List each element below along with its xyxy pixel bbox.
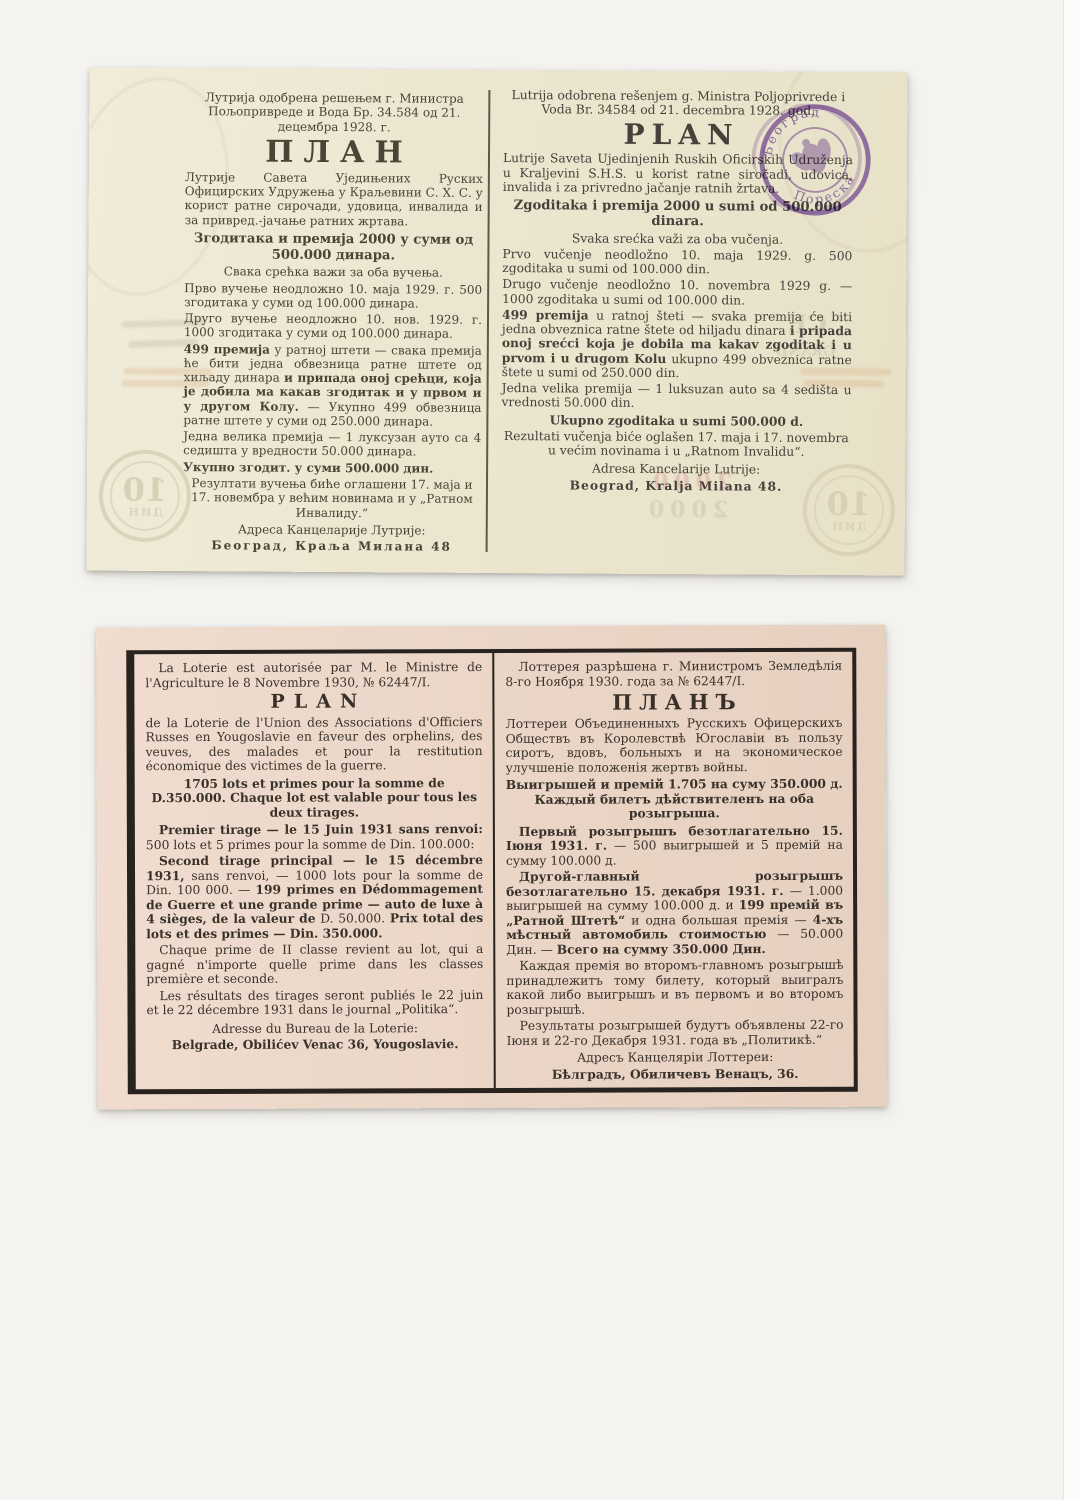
watermark-10-din: 10 ДИН [99, 450, 192, 543]
address-label: Адреса Канцеларије Лутрије: [183, 522, 481, 538]
second-draw-text: Second tirage principal — le 15 décembre… [146, 853, 483, 941]
russian-column: Лоттерея разрѣшена г. Министромъ Земледѣ… [492, 652, 854, 1088]
lottery-ticket-1928: CE GRAND 2000 2000 10 ДИН 10 ДИН Лутрија… [86, 68, 907, 576]
watermark-denomination-unit: ДИН [127, 505, 164, 518]
french-column: La Loterie est autorisée par M. le Minis… [134, 653, 494, 1089]
war-damage-premiums-text: 499 премија у ратној штети — свака преми… [183, 342, 482, 429]
text-segment: 499 premija [502, 307, 589, 323]
text-segment: 499 премија [184, 342, 270, 357]
approval-text: Лоттерея разрѣшена г. Министромъ Земледѣ… [505, 659, 842, 689]
validity-note: Свака срећка важи за оба вучења. [184, 264, 482, 280]
grand-prize-text: Једна велика премија — 1 луксузан ауто с… [183, 429, 481, 459]
grand-prize-text: Jedna velika premija — 1 luksuzan auto s… [501, 381, 851, 412]
second-draw-text: Друго вучење неодложно 10. нов. 1929. г.… [184, 311, 482, 341]
text-segment: 500 lots et 5 primes pour la somme de Di… [146, 837, 475, 852]
total-text: Ukupno zgoditaka u sumi 500.000 d. [501, 413, 851, 429]
intro-text: de la Loterie de l'Union des Association… [145, 715, 482, 774]
intro-text: Лоттереи Объединенныхъ Русскихъ Офицерск… [505, 716, 842, 775]
text-segment: Всего на сумму 350.000 Дин. [557, 941, 766, 957]
intro-text: Лутрије Савета Уједињених Руских Официрс… [185, 170, 483, 229]
address-label: Adresa Kancelarije Lutrije: [501, 461, 851, 477]
lots-heading: Выигрышей и премій 1.705 на суму 350.000… [506, 777, 843, 822]
column-divider [486, 90, 491, 552]
plan-title: PLAN [145, 691, 482, 714]
war-damage-premiums-text: 499 premija u ratnoj šteti — svaka premi… [502, 308, 852, 381]
second-class-note: Каждая премія во второмъ-главномъ розыгр… [506, 958, 843, 1017]
first-draw-text: Prvo vučenje neodložno 10. maja 1929. g.… [502, 247, 852, 278]
prizes-heading: Згодитака и премија 2000 у суми од 500.0… [184, 231, 482, 264]
results-text: Резултати вучења биће оглашени 17. маја … [183, 476, 481, 521]
address-label: Adresse du Bureau de la Loterie: [147, 1021, 484, 1037]
results-text: Rezultati vučenja biće oglašen 17. maja … [501, 429, 851, 460]
serbian-column: Лутрија одобрена решењем г. Министра Пољ… [183, 90, 484, 556]
lottery-ticket-1931: La Loterie est autorisée par M. le Minis… [96, 625, 887, 1110]
second-draw-text: Другой-главный розыгрышъ безотлагательно… [506, 869, 843, 957]
text-segment: Premier tirage — le 15 Juin 1931 sans re… [159, 821, 483, 837]
watermark-inner-ring [110, 461, 180, 531]
results-text: Результаты розыгрышей будутъ объявлены 2… [507, 1018, 844, 1048]
second-draw-text: Drugo vučenje neodložno 10. novembra 192… [502, 277, 852, 308]
scanner-edge-strip [1063, 0, 1080, 1500]
ticket-frame: La Loterie est autorisée par M. le Minis… [126, 648, 858, 1095]
address-text: Belgrade, Obilićev Venac 36, Yougoslavie… [147, 1037, 484, 1053]
plan-title: ПЛАН [185, 135, 483, 170]
scanner-background: { "colors":{ "scan_background":"#f4f3f0"… [0, 0, 1080, 1500]
approval-text: La Loterie est autorisée par M. le Minis… [145, 660, 482, 690]
watermark-denomination: 10 [123, 473, 168, 505]
first-draw-text: Первый розыгрышъ безотлагательно 15. Іюн… [506, 823, 843, 868]
plan-title: ПЛАНЪ [505, 690, 842, 715]
second-class-note: Chaque prime de II classe revient au lot… [146, 942, 483, 987]
first-draw-text: Premier tirage — le 15 Juin 1931 sans re… [146, 822, 483, 852]
total-text: Укупно згодит. у суми 500.000 дин. [183, 460, 481, 476]
text-segment: D. 50.000. [315, 912, 389, 926]
first-draw-text: Прво вучење неодложно 10. маја 1929. г. … [184, 281, 482, 311]
address-label: Адресъ Канцеляріи Лоттереи: [507, 1050, 844, 1066]
approval-text: Лутрија одобрена решењем г. Министра Пољ… [185, 90, 483, 135]
address-text: Београд, Краља Милана 48 [183, 538, 481, 554]
results-text: Les résultats des tirages seront publiés… [146, 988, 483, 1018]
lots-heading: 1705 lots et primes pour la somme de D.3… [146, 776, 483, 821]
text-segment: и одна большая премія — [625, 913, 813, 928]
address-text: Бѣлградъ, Обиличевъ Венацъ, 36. [507, 1066, 844, 1082]
address-text: Beograd, Kralja Milana 48. [501, 478, 851, 494]
